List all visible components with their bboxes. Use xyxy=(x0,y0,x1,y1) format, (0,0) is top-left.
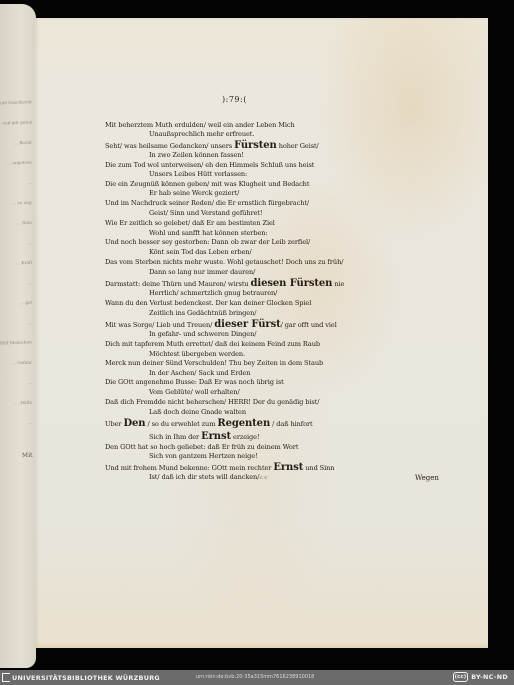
margin-text: ... xyxy=(28,180,32,185)
text-line: Die ein Zeugnüß können geben/ mit was Kl… xyxy=(105,181,309,188)
license-link[interactable]: (cc) BY-NC-ND xyxy=(453,672,508,682)
margin-text: Volck und Geschlecht xyxy=(0,99,32,106)
urn-identifier[interactable]: urn:nbn:de:bvb:20-35a315mm7616238910018 xyxy=(196,674,314,680)
emphasized-name: dieser Fürst xyxy=(214,319,280,330)
line-text: Herrlich/ schmertzlich gnug betrauren/ xyxy=(149,289,277,297)
emphasized-name: Den xyxy=(123,418,145,429)
text-line: Und mit frohem Mund bekenne: GOtt mein r… xyxy=(105,463,334,473)
page-viewer: Volck und Geschlecht... und mit guten...… xyxy=(0,0,514,670)
margin-text: ... zu ung xyxy=(12,200,32,206)
line-text: Mit beherztem Muth erdulden/ weil ein an… xyxy=(105,121,295,129)
line-text: Vom Geblüte/ woll erhalten/ xyxy=(149,388,240,396)
signature-mark: c c xyxy=(260,475,267,481)
line-text: / daß hinfort xyxy=(270,420,312,428)
line-text: Die zum Tod wol unterweisen/ eh den Himm… xyxy=(105,161,314,169)
margin-text: ... gut xyxy=(20,300,33,305)
catchword: Wegen xyxy=(415,474,439,482)
text-line: In zwo Zeilen können fassen! xyxy=(149,152,244,159)
line-text: Geist/ Sinn und Verstand geführet! xyxy=(149,209,262,217)
margin-text: ... xyxy=(28,240,32,245)
margin-text: ... xyxy=(28,320,32,325)
text-line: Zeitlich ins Gedächtnüß bringen/ xyxy=(149,310,256,317)
line-text: Sich in Ihm der xyxy=(149,433,201,441)
text-line: In der Aschen/ Sack und Erden xyxy=(149,370,250,377)
text-line: Sich in Ihm der Ernst erzeige! xyxy=(149,432,260,442)
line-text: erzeige! xyxy=(231,433,260,441)
text-line: Daß dich Fremdde nicht beherschen/ HERR!… xyxy=(105,399,319,406)
margin-text: ... Hülf Menschen xyxy=(0,339,32,345)
emphasized-name: Ernst xyxy=(201,431,231,442)
margin-text: Mit xyxy=(21,452,32,459)
text-line: Ist/ daß ich dir stets will dancken/ xyxy=(149,474,259,481)
text-line: Dich mit tapferem Muth errettet/ daß dei… xyxy=(105,341,320,348)
text-line: Wie Er zeitlich so gelebet/ daß Er am be… xyxy=(105,220,275,227)
text-line: Geist/ Sinn und Verstand geführet! xyxy=(149,210,262,217)
line-text: / gar offt und viel xyxy=(281,321,337,329)
line-text: Sich von gantzem Hertzen neige! xyxy=(149,452,258,460)
text-line: Das vom Sterben nichts mehr wuste. Wohl … xyxy=(105,259,343,266)
library-logo[interactable]: UNIVERSITÄTSBIBLIOTHEK WÜRZBURG xyxy=(2,672,160,683)
text-line: Und noch besser sey gestorben: Dann ob z… xyxy=(105,239,310,246)
line-text: Unsers Leibes Hütt verlassen: xyxy=(149,170,247,178)
margin-text: ... Recht xyxy=(14,140,32,146)
line-text: Das vom Sterben nichts mehr wuste. Wohl … xyxy=(105,258,343,266)
text-line: Die GOtt angenehme Busse: Daß Er was noc… xyxy=(105,379,284,386)
document-page: ):79:( Mit beherztem Muth erdulden/ weil… xyxy=(35,18,488,648)
line-text: Seht/ was heilsame Gedancken/ unsers xyxy=(105,142,234,150)
line-text: Dich mit tapferem Muth errettet/ daß dei… xyxy=(105,340,320,348)
margin-text: ... Gefahr xyxy=(12,360,32,366)
text-line: Wohl und sanfft hat können sterben: xyxy=(149,230,268,237)
margin-text: ... Kraft xyxy=(16,260,32,266)
footer-bar: UNIVERSITÄTSBIBLIOTHEK WÜRZBURG urn:nbn:… xyxy=(0,670,514,685)
text-line: Laß doch deine Gnade walten xyxy=(149,409,246,416)
text-line: Uber Den / so du erwehlet zum Regenten /… xyxy=(105,419,313,429)
line-text: nie xyxy=(332,280,344,288)
line-text: Wann du den Verlust bedenckest. Der kan … xyxy=(105,299,311,307)
text-line: In gefahr- und schweren Dingen/ xyxy=(149,331,256,338)
margin-text: ... Sinn xyxy=(17,220,32,226)
emphasized-name: Regenten xyxy=(217,418,270,429)
line-text: Könt sein Tod das Leben erben/ xyxy=(149,248,252,256)
left-page-edge: Volck und Geschlecht... und mit guten...… xyxy=(0,4,36,668)
library-name: UNIVERSITÄTSBIBLIOTHEK WÜRZBURG xyxy=(12,674,160,682)
margin-text: ... xyxy=(28,280,32,285)
emphasized-name: diesen Fürsten xyxy=(251,278,333,289)
text-line: Und im Nachdruck seiner Reden/ die Er er… xyxy=(105,200,309,207)
line-text: Möchtest übergeben werden. xyxy=(149,350,245,358)
text-line: Mit was Sorge/ Lieb und Treuen/ dieser F… xyxy=(105,320,337,330)
text-line: Merck nun deiner Sünd Verschulden! Thu b… xyxy=(105,360,323,367)
license-label: BY-NC-ND xyxy=(471,673,508,681)
line-text: In gefahr- und schweren Dingen/ xyxy=(149,330,256,338)
line-text: Mit was Sorge/ Lieb und Treuen/ xyxy=(105,321,214,329)
line-text: Die ein Zeugnüß können geben/ mit was Kl… xyxy=(105,180,309,188)
line-text: hoher Geist/ xyxy=(277,142,319,150)
line-text: Er hab seine Werck geziert/ xyxy=(149,189,239,197)
margin-text: ... Hülfe xyxy=(15,400,32,406)
line-text: Unaußsprechlich mehr erfreuet. xyxy=(149,130,254,138)
line-text: Zeitlich ins Gedächtnüß bringen/ xyxy=(149,309,256,317)
text-line: Wann du den Verlust bedenckest. Der kan … xyxy=(105,300,311,307)
library-logo-icon xyxy=(2,673,10,682)
text-line: Er hab seine Werck geziert/ xyxy=(149,190,239,197)
creative-commons-icon: (cc) xyxy=(453,672,469,682)
line-text: Den GOtt hat so hoch geliebet: daß Er fr… xyxy=(105,443,298,451)
line-text: Und noch besser sey gestorben: Dann ob z… xyxy=(105,238,310,246)
page-number: ):79:( xyxy=(222,95,247,104)
line-text: und Sinn xyxy=(303,464,334,472)
text-line: Unsers Leibes Hütt verlassen: xyxy=(149,171,247,178)
text-line: Unaußsprechlich mehr erfreuet. xyxy=(149,131,254,138)
text-line: Seht/ was heilsame Gedancken/ unsers Für… xyxy=(105,141,319,151)
line-text: In zwo Zeilen können fassen! xyxy=(149,151,244,159)
line-text: Dann so lang nur immer dauren/ xyxy=(149,268,255,276)
page-edge xyxy=(35,642,488,648)
text-line: Darmstatt: deine Thürn und Mauren/ wirst… xyxy=(105,279,344,289)
line-text: / so du erwehlet zum xyxy=(145,420,217,428)
line-text: Die GOtt angenehme Busse: Daß Er was noc… xyxy=(105,378,284,386)
line-text: Und im Nachdruck seiner Reden/ die Er er… xyxy=(105,199,309,207)
line-text: In der Aschen/ Sack und Erden xyxy=(149,369,250,377)
text-line: Dann so lang nur immer dauren/ xyxy=(149,269,255,276)
line-text: Uber xyxy=(105,420,123,428)
line-text: Daß dich Fremdde nicht beherschen/ HERR!… xyxy=(105,398,319,406)
text-line: Sich von gantzem Hertzen neige! xyxy=(149,453,258,460)
margin-text: ... und mit guten xyxy=(0,119,32,125)
line-text: Ist/ daß ich dir stets will dancken/ xyxy=(149,473,259,481)
line-text: Und mit frohem Mund bekenne: GOtt mein r… xyxy=(105,464,273,472)
margin-text: ... xyxy=(28,380,32,385)
margin-text: ... ungetreu xyxy=(7,160,32,166)
margin-text: ... xyxy=(28,420,32,425)
line-text: Wie Er zeitlich so gelebet/ daß Er am be… xyxy=(105,219,275,227)
line-text: Laß doch deine Gnade walten xyxy=(149,408,246,416)
emphasized-name: Ernst xyxy=(273,462,303,473)
text-line: Den GOtt hat so hoch geliebet: daß Er fr… xyxy=(105,444,298,451)
text-line: Vom Geblüte/ woll erhalten/ xyxy=(149,389,240,396)
text-line: Möchtest übergeben werden. xyxy=(149,351,245,358)
line-text: Merck nun deiner Sünd Verschulden! Thu b… xyxy=(105,359,323,367)
text-line: Herrlich/ schmertzlich gnug betrauren/ xyxy=(149,290,277,297)
emphasized-name: Fürsten xyxy=(234,140,277,151)
text-line: Die zum Tod wol unterweisen/ eh den Himm… xyxy=(105,162,314,169)
text-line: Könt sein Tod das Leben erben/ xyxy=(149,249,252,256)
line-text: Darmstatt: deine Thürn und Mauren/ wirst… xyxy=(105,280,251,288)
text-line: Mit beherztem Muth erdulden/ weil ein an… xyxy=(105,122,295,129)
line-text: Wohl und sanfft hat können sterben: xyxy=(149,229,268,237)
